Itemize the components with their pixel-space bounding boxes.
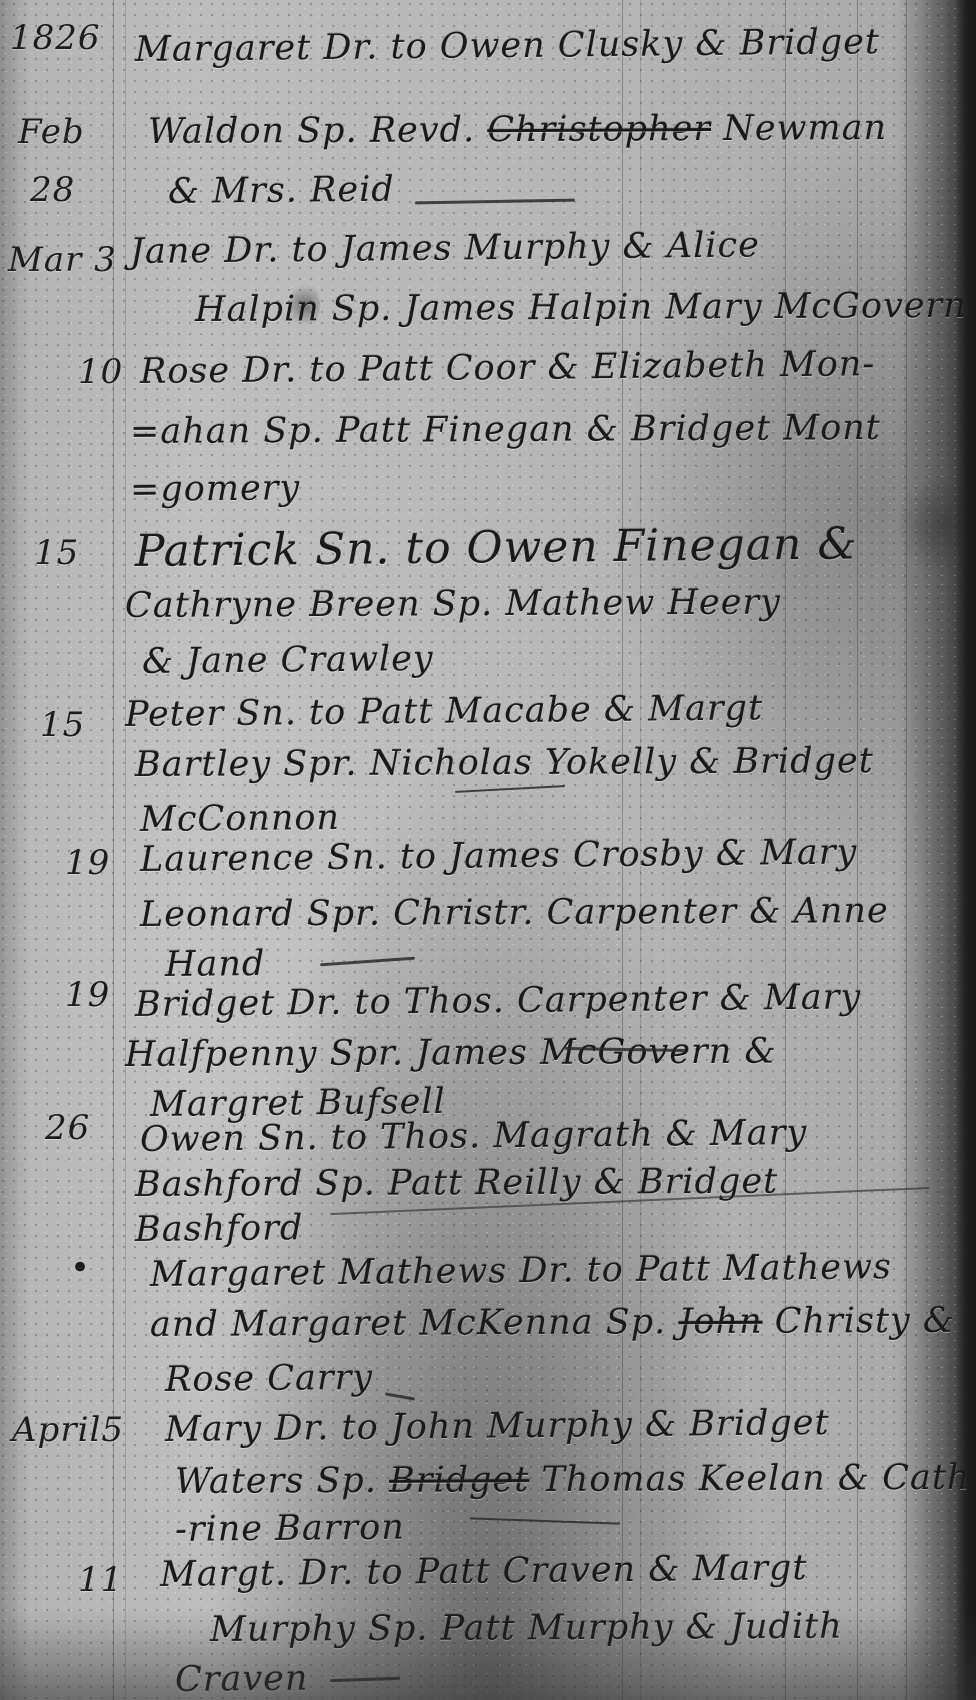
entry-text: Margaret Dr. to Owen Clusky & Bridget xyxy=(135,22,880,70)
entry-text: Jane Dr. to James Murphy & Alice xyxy=(130,225,760,272)
entry-text: Bashford xyxy=(135,1208,304,1250)
entry-text: Bridget Dr. to Thos. Carpenter & Mary xyxy=(135,977,862,1025)
entry-line: Cathryne Breen Sp. Mathew Heery xyxy=(125,583,781,626)
entry-text: =ahan Sp. Patt Finegan & Bridget Mont xyxy=(130,408,881,452)
entry-line: Bridget Dr. to Thos. Carpenter & Mary xyxy=(135,977,862,1025)
entry-text: Owen Sn. to Thos. Magrath & Mary xyxy=(140,1113,808,1160)
struck-through-name: Christopher xyxy=(487,109,711,150)
entry-text: Margaret Mathews Dr. to Patt Mathews xyxy=(150,1247,892,1295)
entry-end-flourish xyxy=(470,1517,620,1524)
entry-line: Margaret Dr. to Owen Clusky & Bridget xyxy=(135,22,880,70)
entry-text: Bartley Spr. Nicholas Yokelly & Bridget xyxy=(135,741,874,785)
entry-text: Halfpenny Spr. James McGovern & xyxy=(125,1032,777,1075)
entry-text-continued: Christy & xyxy=(775,1301,956,1342)
entry-text: Mary Dr. to John Murphy & Bridget xyxy=(165,1403,830,1450)
column-rule xyxy=(950,0,951,1700)
margin-date-feb: Feb xyxy=(18,112,85,152)
margin-date-d19a: 19 xyxy=(65,843,110,883)
entry-line: Owen Sn. to Thos. Magrath & Mary xyxy=(140,1113,808,1160)
entry-line: & Jane Crawley xyxy=(142,639,434,682)
entry-text: Murphy Sp. Patt Murphy & Judith xyxy=(210,1607,843,1650)
margin-date-d15a: 15 xyxy=(34,533,79,573)
entry-text: Rose Dr. to Patt Coor & Elizabeth Mon- xyxy=(140,344,876,392)
entry-text-continued: Thomas Keelan & Cath xyxy=(541,1458,970,1500)
entry-line: Margaret Mathews Dr. to Patt Mathews xyxy=(150,1247,892,1295)
margin-date-april-15: April5 xyxy=(12,1410,124,1450)
page-edge-shadow xyxy=(954,0,976,1700)
entry-line: Halfpenny Spr. James McGovern & xyxy=(125,1032,777,1075)
entry-text: Cathryne Breen Sp. Mathew Heery xyxy=(125,583,781,626)
entry-line: Margt. Dr. to Patt Craven & Margt xyxy=(160,1548,808,1595)
entry-line: Jane Dr. to James Murphy & Alice xyxy=(130,225,760,272)
entry-end-flourish xyxy=(330,1677,400,1682)
margin-rule-inner xyxy=(125,0,126,1700)
entry-line: Murphy Sp. Patt Murphy & Judith xyxy=(210,1607,843,1650)
margin-date-year: 1826 xyxy=(10,18,101,58)
margin-date-d19b: 19 xyxy=(65,975,110,1015)
entry-text: McConnon xyxy=(140,798,340,840)
column-rule xyxy=(906,0,907,1700)
margin-date-d-blot: • xyxy=(70,1248,91,1288)
entry-line: & Mrs. Reid xyxy=(168,170,395,212)
entry-end-flourish xyxy=(385,1392,415,1400)
entry-line: -rine Barron xyxy=(175,1508,405,1550)
entry-text: Craven xyxy=(175,1659,309,1700)
entry-end-flourish xyxy=(455,785,565,793)
entry-line: =gomery xyxy=(130,468,301,510)
entry-text: & Mrs. Reid xyxy=(168,170,395,212)
entry-text: Halpin Sp. James Halpin Mary McGovern xyxy=(195,286,967,330)
entry-line: Patrick Sn. to Owen Finegan & xyxy=(135,518,858,577)
entry-text: Margt. Dr. to Patt Craven & Margt xyxy=(160,1548,808,1595)
margin-date-d15b: 15 xyxy=(40,705,85,745)
struck-through-name: John xyxy=(678,1302,762,1342)
entry-line: Bartley Spr. Nicholas Yokelly & Bridget xyxy=(135,741,874,785)
entry-line: and Margaret McKenna Sp. John Christy & xyxy=(150,1301,955,1345)
entry-text: Peter Sn. to Patt Macabe & Margt xyxy=(125,688,763,735)
entry-line: Peter Sn. to Patt Macabe & Margt xyxy=(125,688,763,735)
entry-text: -rine Barron xyxy=(175,1508,405,1550)
entry-text: Leonard Spr. Christr. Carpenter & Anne xyxy=(140,891,889,935)
margin-date-d10: 10 xyxy=(78,352,123,392)
margin-date-d11: 11 xyxy=(78,1560,123,1600)
entry-line: Laurence Sn. to James Crosby & Mary xyxy=(140,832,858,880)
entry-text: =gomery xyxy=(130,468,301,510)
entry-text: Waters Sp. xyxy=(175,1461,377,1502)
struck-through-name: Bridget xyxy=(389,1460,529,1501)
entry-line: Waldon Sp. Revd. Christopher Newman xyxy=(148,108,887,152)
entry-text: Hand xyxy=(165,944,266,985)
entry-text: Patrick Sn. to Owen Finegan & xyxy=(135,518,858,577)
entry-line: Bashford xyxy=(135,1208,304,1250)
entry-text: and Margaret McKenna Sp. xyxy=(150,1302,666,1345)
entry-line: McConnon xyxy=(140,798,340,840)
margin-date-d26: 26 xyxy=(45,1108,90,1148)
register-page: 1826Feb28Mar 3101515191926•April511 Marg… xyxy=(0,0,976,1700)
entry-end-flourish xyxy=(415,199,575,205)
entry-text: Rose Carry xyxy=(165,1358,374,1400)
entry-line: Waters Sp. Bridget Thomas Keelan & Cath xyxy=(175,1458,971,1502)
entry-line: Rose Carry xyxy=(165,1358,374,1400)
entry-line: Hand xyxy=(165,944,266,985)
entry-text: Laurence Sn. to James Crosby & Mary xyxy=(140,832,858,880)
entry-text-continued: Newman xyxy=(723,108,887,149)
margin-date-mar-3: Mar 3 xyxy=(8,240,117,280)
entry-text: & Jane Crawley xyxy=(142,639,434,682)
entry-line: Leonard Spr. Christr. Carpenter & Anne xyxy=(140,891,889,935)
entry-line: Rose Dr. to Patt Coor & Elizabeth Mon- xyxy=(140,344,876,392)
entry-line: Mary Dr. to John Murphy & Bridget xyxy=(165,1403,830,1450)
entry-line: Craven xyxy=(175,1659,309,1700)
entry-text: Waldon Sp. Revd. xyxy=(148,110,475,152)
entry-end-flourish xyxy=(320,957,415,967)
margin-date-feb-28: 28 xyxy=(30,170,75,210)
entry-line: Halpin Sp. James Halpin Mary McGovern xyxy=(195,286,967,330)
entry-line: =ahan Sp. Patt Finegan & Bridget Mont xyxy=(130,408,881,452)
